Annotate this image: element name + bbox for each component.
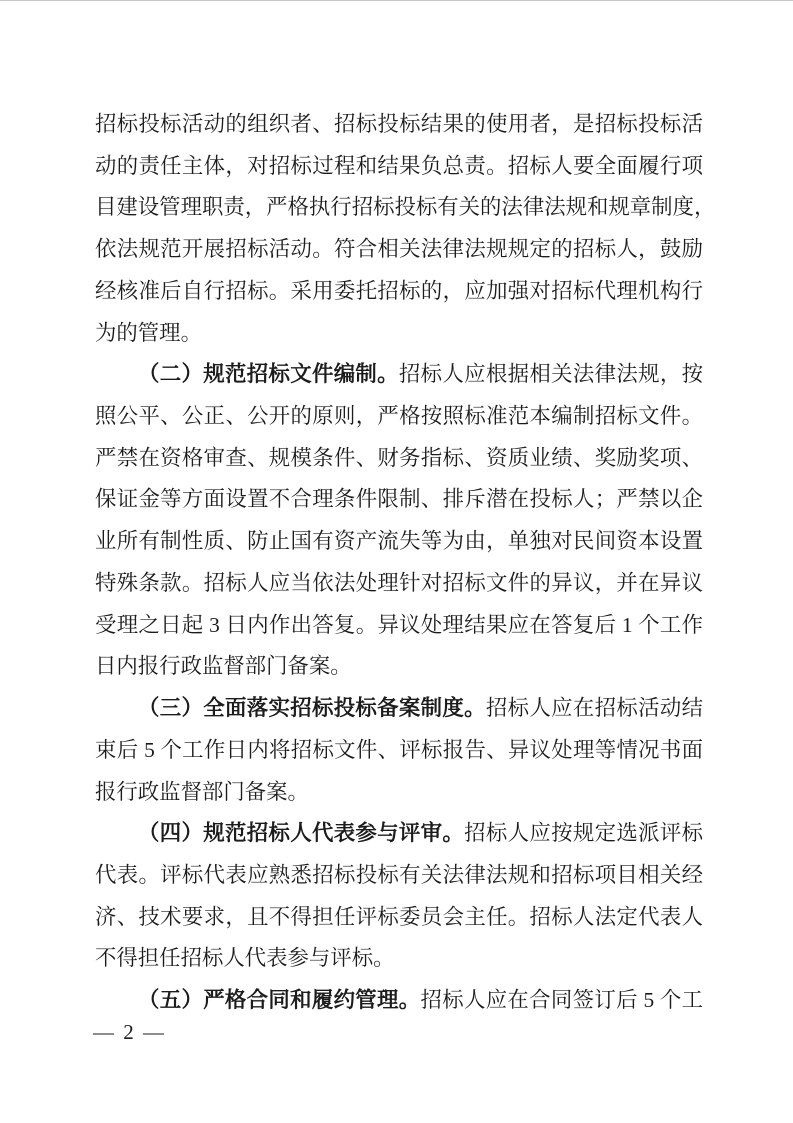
line-text: 日内报行政监督部门备案。: [95, 654, 352, 678]
text-line: 日内报行政监督部门备案。: [95, 646, 703, 688]
line-text: 动的责任主体，对招标过程和结果负总责。招标人要全面履行项: [95, 154, 703, 178]
line-text: 业所有制性质、防止国有资产流失等为由，单独对民间资本设置: [95, 529, 703, 553]
text-line: 特殊条款。招标人应当依法处理针对招标文件的异议，并在异议: [95, 563, 703, 605]
text-line: 目建设管理职责，严格执行招标投标有关的法律法规和规章制度，: [95, 187, 703, 229]
line-text: 招标人应按规定选派评标: [464, 821, 703, 845]
text-line: 代表。评标代表应熟悉招标投标有关法律法规和招标项目相关经: [95, 855, 703, 897]
line-text: 目建设管理职责，严格执行招标投标有关的法律法规和规章制度，: [95, 195, 715, 219]
text-line: （三）全面落实招标投标备案制度。招标人应在招标活动结: [95, 688, 703, 730]
text-line: 招标投标活动的组织者、招标投标结果的使用者，是招标投标活: [95, 104, 703, 146]
text-line: 保证金等方面设置不合理条件限制、排斥潜在投标人；严禁以企: [95, 479, 703, 521]
text-line: 业所有制性质、防止国有资产流失等为由，单独对民间资本设置: [95, 521, 703, 563]
line-text: 严禁在资格审查、规模条件、财务指标、资质业绩、奖励奖项、: [95, 446, 703, 470]
text-line: 受理之日起 3 日内作出答复。异议处理结果应在答复后 1 个工作: [95, 605, 703, 647]
paragraph-lead: （四）规范招标人代表参与评审。: [138, 821, 464, 845]
paragraph-lead: （二）规范招标文件编制。: [138, 362, 399, 386]
line-text: 济、技术要求，且不得担任评标委员会主任。招标人法定代表人: [95, 905, 703, 929]
text-line: 经核准后自行招标。采用委托招标的，应加强对招标代理机构行: [95, 271, 703, 313]
line-text: 招标人应根据相关法律法规，按: [399, 362, 703, 386]
line-text: 报行政监督部门备案。: [95, 780, 309, 804]
text-line: 束后 5 个工作日内将招标文件、评标报告、异议处理等情况书面: [95, 730, 703, 772]
line-text: 依法规范开展招标活动。符合相关法律法规规定的招标人，鼓励: [95, 237, 703, 261]
text-line: 照公平、公正、公开的原则，严格按照标准范本编制招标文件。: [95, 396, 703, 438]
text-line: 动的责任主体，对招标过程和结果负总责。招标人要全面履行项: [95, 146, 703, 188]
text-line: 严禁在资格审查、规模条件、财务指标、资质业绩、奖励奖项、: [95, 438, 703, 480]
document-page: 招标投标活动的组织者、招标投标结果的使用者，是招标投标活 动的责任主体，对招标过…: [0, 0, 793, 1123]
line-text: 保证金等方面设置不合理条件限制、排斥潜在投标人；严禁以企: [95, 487, 703, 511]
line-text: 代表。评标代表应熟悉招标投标有关法律法规和招标项目相关经: [95, 863, 703, 887]
line-text: 照公平、公正、公开的原则，严格按照标准范本编制招标文件。: [95, 404, 703, 428]
line-text: 特殊条款。招标人应当依法处理针对招标文件的异议，并在异议: [95, 571, 703, 595]
text-line: （二）规范招标文件编制。招标人应根据相关法律法规，按: [95, 354, 703, 396]
text-line: 不得担任招标人代表参与评标。: [95, 938, 703, 980]
text-line: 报行政监督部门备案。: [95, 772, 703, 814]
line-text: 招标人应在招标活动结: [486, 696, 703, 720]
text-line: 为的管理。: [95, 313, 703, 355]
line-text: 为的管理。: [95, 321, 202, 345]
line-text: 招标人应在合同签订后 5 个工: [421, 988, 704, 1012]
paragraph-lead: （五）严格合同和履约管理。: [138, 988, 421, 1012]
text-line: 依法规范开展招标活动。符合相关法律法规规定的招标人，鼓励: [95, 229, 703, 271]
page-number: — 2 —: [93, 1020, 166, 1045]
line-text: 不得担任招标人代表参与评标。: [95, 946, 394, 970]
line-text: 经核准后自行招标。采用委托招标的，应加强对招标代理机构行: [95, 279, 703, 303]
line-text: 招标投标活动的组织者、招标投标结果的使用者，是招标投标活: [95, 112, 703, 136]
document-body: 招标投标活动的组织者、招标投标结果的使用者，是招标投标活 动的责任主体，对招标过…: [95, 104, 703, 1022]
text-line: （四）规范招标人代表参与评审。招标人应按规定选派评标: [95, 813, 703, 855]
text-line: 济、技术要求，且不得担任评标委员会主任。招标人法定代表人: [95, 897, 703, 939]
paragraph-lead: （三）全面落实招标投标备案制度。: [138, 696, 486, 720]
text-line: （五）严格合同和履约管理。招标人应在合同签订后 5 个工: [95, 980, 703, 1022]
line-text: 束后 5 个工作日内将招标文件、评标报告、异议处理等情况书面: [95, 738, 703, 762]
line-text: 受理之日起 3 日内作出答复。异议处理结果应在答复后 1 个工作: [95, 613, 703, 637]
